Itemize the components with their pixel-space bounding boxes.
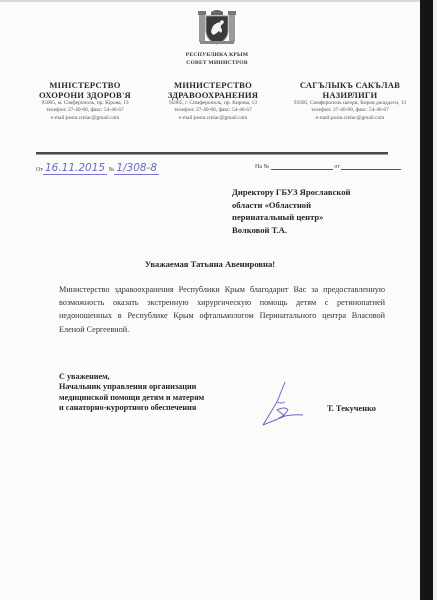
from-label: От — [36, 167, 43, 173]
ministry-phone: телефон: 27-40-00, факс: 54-46-67 — [148, 107, 278, 114]
reply-number-blank — [271, 162, 333, 170]
reply-number-label: На № — [255, 164, 269, 170]
ministry-title-line-1: МИНИСТЕРСТВО — [148, 80, 278, 90]
handwritten-signature-icon — [255, 380, 325, 430]
addressee-line-1: Директору ГБУЗ Ярославской — [232, 186, 422, 199]
addressee-line-2: области «Областной — [232, 199, 422, 212]
addressee-line-3: перинатальный центр» — [232, 211, 422, 224]
scan-dark-edge — [420, 0, 433, 600]
letterhead-crimean-tatar: САГЪЛЫКЪ САКЪЛАВ НАЗИРЛИГИ 95005, Симфер… — [280, 80, 420, 122]
closing-line-1: С уважением, — [59, 372, 259, 382]
ministry-email: e-mail:posta.crelac@gmail.com — [280, 115, 420, 122]
reply-date-blank — [341, 162, 401, 170]
ministry-title-line-2: ОХОРОНИ ЗДОРОВ'Я — [20, 90, 150, 100]
closing-line-3: медицинской помощи детям и матерям — [59, 393, 259, 403]
letterhead-russian: МИНИСТЕРСТВО ЗДРАВООХРАНЕНИЯ 95005, г. С… — [148, 80, 278, 122]
crimea-coat-of-arms-icon — [197, 8, 237, 46]
closing-line-2: Начальник управления организации — [59, 382, 259, 392]
letterhead-divider — [36, 152, 388, 155]
emblem-caption: РЕСПУБЛИКА КРЫМ СОВЕТ МИНИСТРОВ — [140, 51, 294, 67]
closing-line-4: и санаторно-курортного обеспечения — [59, 403, 259, 413]
closing-block: С уважением, Начальник управления органи… — [59, 372, 259, 413]
ministry-phone: телефон: 27-40-00, факс: 54-46-67 — [20, 107, 150, 114]
letter-page: РЕСПУБЛИКА КРЫМ СОВЕТ МИНИСТРОВ МІНІСТЕР… — [0, 0, 420, 600]
ministry-email: e-mail:posta.crelac@gmail.com — [20, 115, 150, 122]
ministry-email: e-mail:posta.crelac@gmail.com — [148, 115, 278, 122]
ministry-title-line-1: САГЪЛЫКЪ САКЪЛАВ — [280, 80, 420, 90]
ministry-title-line-2: НАЗИРЛИГИ — [280, 90, 420, 100]
reply-from-label: от — [334, 164, 340, 170]
ministry-title-line-1: МІНІСТЕРСТВО — [20, 80, 150, 90]
letterhead-ukrainian: МІНІСТЕРСТВО ОХОРОНИ ЗДОРОВ'Я 95005, м. … — [20, 80, 150, 122]
handwritten-date: 16.11.2015 — [43, 162, 107, 175]
handwritten-number: 1/308-8 — [114, 162, 159, 175]
emblem-caption-line-1: РЕСПУБЛИКА КРЫМ — [140, 51, 294, 59]
letter-body: Министерство здравоохранения Республики … — [59, 283, 385, 336]
addressee-block: Директору ГБУЗ Ярославской области «Обла… — [232, 186, 422, 236]
ministry-title-line-2: ЗДРАВООХРАНЕНИЯ — [148, 90, 278, 100]
salutation: Уважаемая Татьяна Авенировна! — [0, 259, 420, 269]
incoming-reference: На № от — [255, 162, 401, 170]
addressee-line-4: Волковой Т.А. — [232, 224, 422, 237]
scan-margin — [433, 0, 437, 600]
emblem-caption-line-2: СОВЕТ МИНИСТРОВ — [140, 59, 294, 67]
signer-name: Т. Текученко — [327, 404, 376, 413]
ministry-phone: телефон: 27-40-00, факс: 54-46-67 — [280, 107, 420, 114]
outgoing-reference: От16.11.2015 №1/308-8 — [36, 162, 159, 174]
scan-top-edge — [0, 0, 420, 2]
